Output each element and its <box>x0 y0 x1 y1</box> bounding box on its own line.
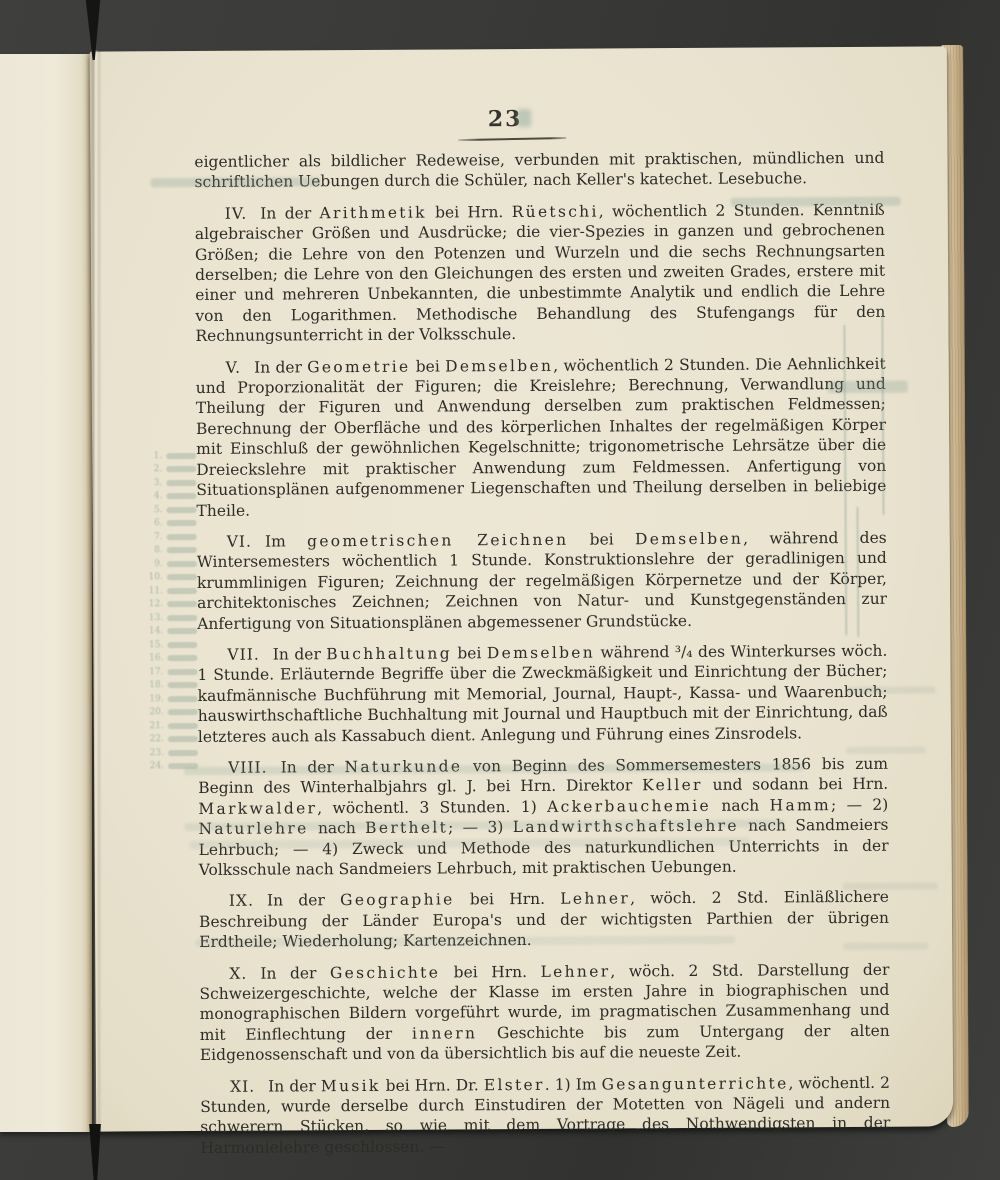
paragraph: VIII.In der Naturkunde von Beginn des So… <box>198 754 889 881</box>
paragraph: VII.In der Buchhaltung bei Demselben wäh… <box>197 641 888 747</box>
page-number-rule <box>458 137 566 141</box>
paragraph: IV.In der Arithmetik bei Hrn. Rüetschi, … <box>195 200 886 347</box>
book-scan: { "page": { "number": "23", "paragraphs"… <box>0 0 1000 1180</box>
left-page-edge <box>0 54 92 1132</box>
book-page: 23 eigentlicher als bildlicher Redeweise… <box>90 46 954 1131</box>
gutter-crease <box>86 50 102 1134</box>
paragraph: XI.In der Musik bei Hrn. Dr. Elster. 1) … <box>200 1072 890 1158</box>
bookmark-ribbon-bottom <box>88 1124 102 1180</box>
page-number: 23 <box>450 106 560 133</box>
text-block: eigentlicher als bildlicher Redeweise, v… <box>194 148 890 1169</box>
paragraph: eigentlicher als bildlicher Redeweise, v… <box>194 148 884 193</box>
paragraph: X.In der Geschichte bei Hrn. Lehner, wöc… <box>199 959 890 1065</box>
paragraph: VI.Im geometrischen Zeichnen bei Demselb… <box>197 528 888 634</box>
page-number-ghost-bleedthrough <box>517 109 531 127</box>
paragraph: IX.In der Geographie bei Hrn. Lehner, wö… <box>199 887 889 952</box>
paragraph: V.In der Geometrie bei Demselben, wöchen… <box>196 353 887 520</box>
